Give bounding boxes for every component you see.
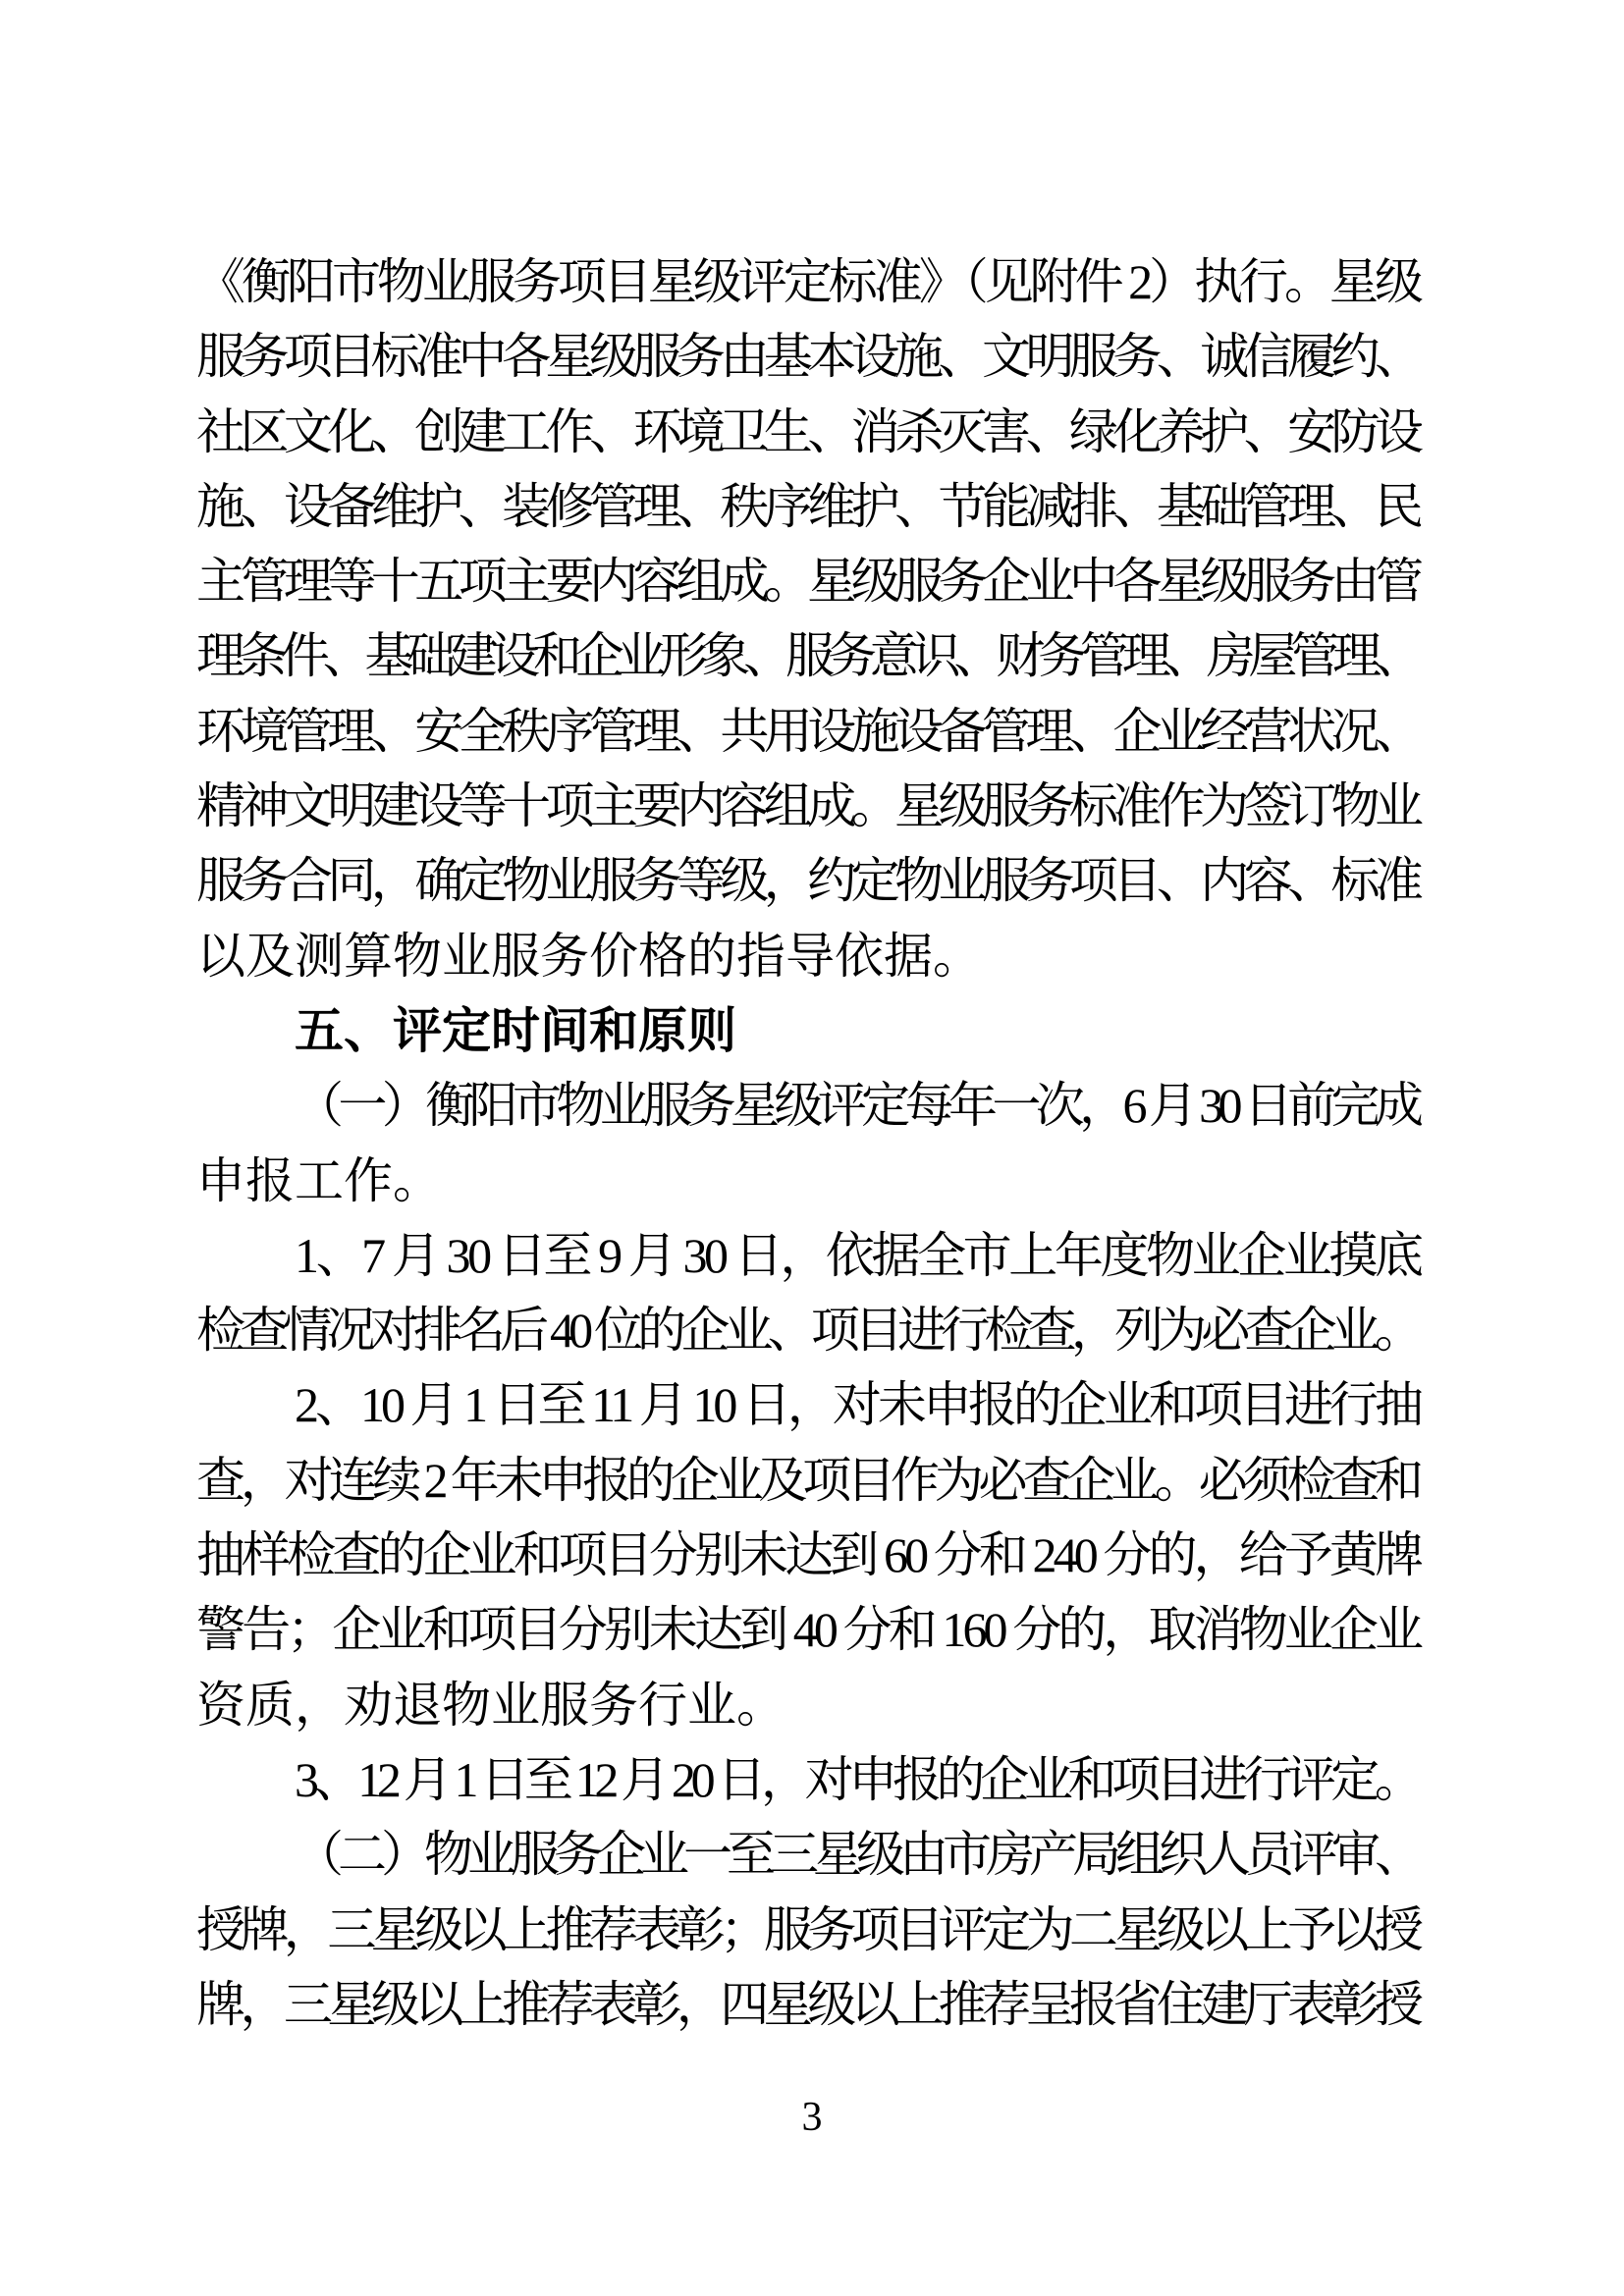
text-line-content: 资质，劝退物业服务行业。 xyxy=(196,1678,785,1733)
text-line-content: 服务合同，确定物业服务等级，约定物业服务项目、内容、标准 xyxy=(196,853,1418,908)
section-heading: 五、评定时间和原则 xyxy=(196,993,1424,1068)
text-line-content: 五、评定时间和原则 xyxy=(295,1003,736,1058)
text-line-content: 检查情况对排名后 40 位的企业、项目进行检查，列为必查企业。 xyxy=(196,1303,1418,1358)
text-line-content: 授牌，三星级以上推荐表彰；服务项目评定为二星级以上予以授 xyxy=(196,1902,1418,1957)
document-body: 《衡阳市物业服务项目星级评定标准》（见附件 2）执行。星级服务项目标准中各星级服… xyxy=(196,244,1424,2042)
text-line-content: 精神文明建设等十项主要内容组成。星级服务标准作为签订物业 xyxy=(196,778,1418,833)
text-line-content: 抽样检查的企业和项目分别未达到 60 分和 240 分的，给予黄牌 xyxy=(196,1527,1420,1582)
page-number: 3 xyxy=(0,2095,1624,2140)
text-line: 理条件、基础建设和企业形象、服务意识、财务管理、房屋管理、 xyxy=(196,618,1424,693)
text-line-content: 理条件、基础建设和企业形象、服务意识、财务管理、房屋管理、 xyxy=(196,628,1417,683)
text-line: 以及测算物业服务价格的指导依据。 xyxy=(196,919,1424,993)
text-line-content: 《衡阳市物业服务项目星级评定标准》（见附件 2）执行。星级 xyxy=(196,254,1420,309)
text-line: 牌，三星级以上推荐表彰，四星级以上推荐呈报省住建厅表彰授 xyxy=(196,1967,1424,2042)
text-line-content: 1、7 月 30 日至 9 月 30 日，依据全市上年度物业企业摸底 xyxy=(295,1228,1421,1283)
text-line-content: 以及测算物业服务价格的指导依据。 xyxy=(196,929,982,984)
text-line-content: 社区文化、创建工作、环境卫生、消杀灭害、绿化养护、安防设 xyxy=(196,404,1418,459)
text-line-content: 主管理等十五项主要内容组成。星级服务企业中各星级服务由管 xyxy=(196,554,1418,609)
text-line: 查，对连续 2 年未申报的企业及项目作为必查企业。必须检查和 xyxy=(196,1443,1424,1518)
text-line-content: 警告；企业和项目分别未达到 40 分和 160 分的，取消物业企业 xyxy=(196,1602,1420,1657)
text-line: 服务合同，确定物业服务等级，约定物业服务项目、内容、标准 xyxy=(196,843,1424,918)
text-line: 《衡阳市物业服务项目星级评定标准》（见附件 2）执行。星级 xyxy=(196,244,1424,319)
text-line: 环境管理、安全秩序管理、共用设施设备管理、企业经营状况、 xyxy=(196,694,1424,769)
text-line: 授牌，三星级以上推荐表彰；服务项目评定为二星级以上予以授 xyxy=(196,1893,1424,1967)
text-line-content: 查，对连续 2 年未申报的企业及项目作为必查企业。必须检查和 xyxy=(196,1453,1419,1508)
text-line: 警告；企业和项目分别未达到 40 分和 160 分的，取消物业企业 xyxy=(196,1592,1424,1667)
text-line: 检查情况对排名后 40 位的企业、项目进行检查，列为必查企业。 xyxy=(196,1293,1424,1367)
text-line-content: 牌，三星级以上推荐表彰，四星级以上推荐呈报省住建厅表彰授 xyxy=(196,1977,1418,2032)
text-line-content: 施、设备维护、装修管理、秩序维护、节能减排、基础管理、民 xyxy=(196,479,1418,534)
text-line-content: （二）物业服务企业一至三星级由市房产局组织人员评审、 xyxy=(295,1827,1418,1882)
text-line: 精神文明建设等十项主要内容组成。星级服务标准作为签订物业 xyxy=(196,769,1424,843)
text-line-content: 2、10 月 1 日至 11 月 10 日，对未申报的企业和项目进行抽 xyxy=(295,1377,1420,1432)
text-line: （一）衡阳市物业服务星级评定每年一次，6 月 30 日前完成 xyxy=(196,1068,1424,1143)
text-line: 社区文化、创建工作、环境卫生、消杀灭害、绿化养护、安防设 xyxy=(196,395,1424,469)
text-line: 资质，劝退物业服务行业。 xyxy=(196,1668,1424,1742)
text-line-content: 3、12 月 1 日至 12 月 20 日，对申报的企业和项目进行评定。 xyxy=(295,1752,1419,1807)
text-line: 申报工作。 xyxy=(196,1144,1424,1218)
text-line: 服务项目标准中各星级服务由基本设施、文明服务、诚信履约、 xyxy=(196,319,1424,394)
text-line-content: （一）衡阳市物业服务星级评定每年一次，6 月 30 日前完成 xyxy=(295,1078,1418,1133)
text-line: （二）物业服务企业一至三星级由市房产局组织人员评审、 xyxy=(196,1817,1424,1892)
text-line: 施、设备维护、装修管理、秩序维护、节能减排、基础管理、民 xyxy=(196,469,1424,544)
text-line: 3、12 月 1 日至 12 月 20 日，对申报的企业和项目进行评定。 xyxy=(196,1742,1424,1817)
text-line: 2、10 月 1 日至 11 月 10 日，对未申报的企业和项目进行抽 xyxy=(196,1367,1424,1442)
text-line-content: 环境管理、安全秩序管理、共用设施设备管理、企业经营状况、 xyxy=(196,704,1418,759)
text-line-content: 服务项目标准中各星级服务由基本设施、文明服务、诚信履约、 xyxy=(196,329,1418,384)
text-line: 1、7 月 30 日至 9 月 30 日，依据全市上年度物业企业摸底 xyxy=(196,1218,1424,1293)
document-page: 《衡阳市物业服务项目星级评定标准》（见附件 2）执行。星级服务项目标准中各星级服… xyxy=(0,0,1624,2296)
text-line-content: 申报工作。 xyxy=(196,1153,442,1208)
text-line: 抽样检查的企业和项目分别未达到 60 分和 240 分的，给予黄牌 xyxy=(196,1518,1424,1592)
text-line: 主管理等十五项主要内容组成。星级服务企业中各星级服务由管 xyxy=(196,544,1424,618)
